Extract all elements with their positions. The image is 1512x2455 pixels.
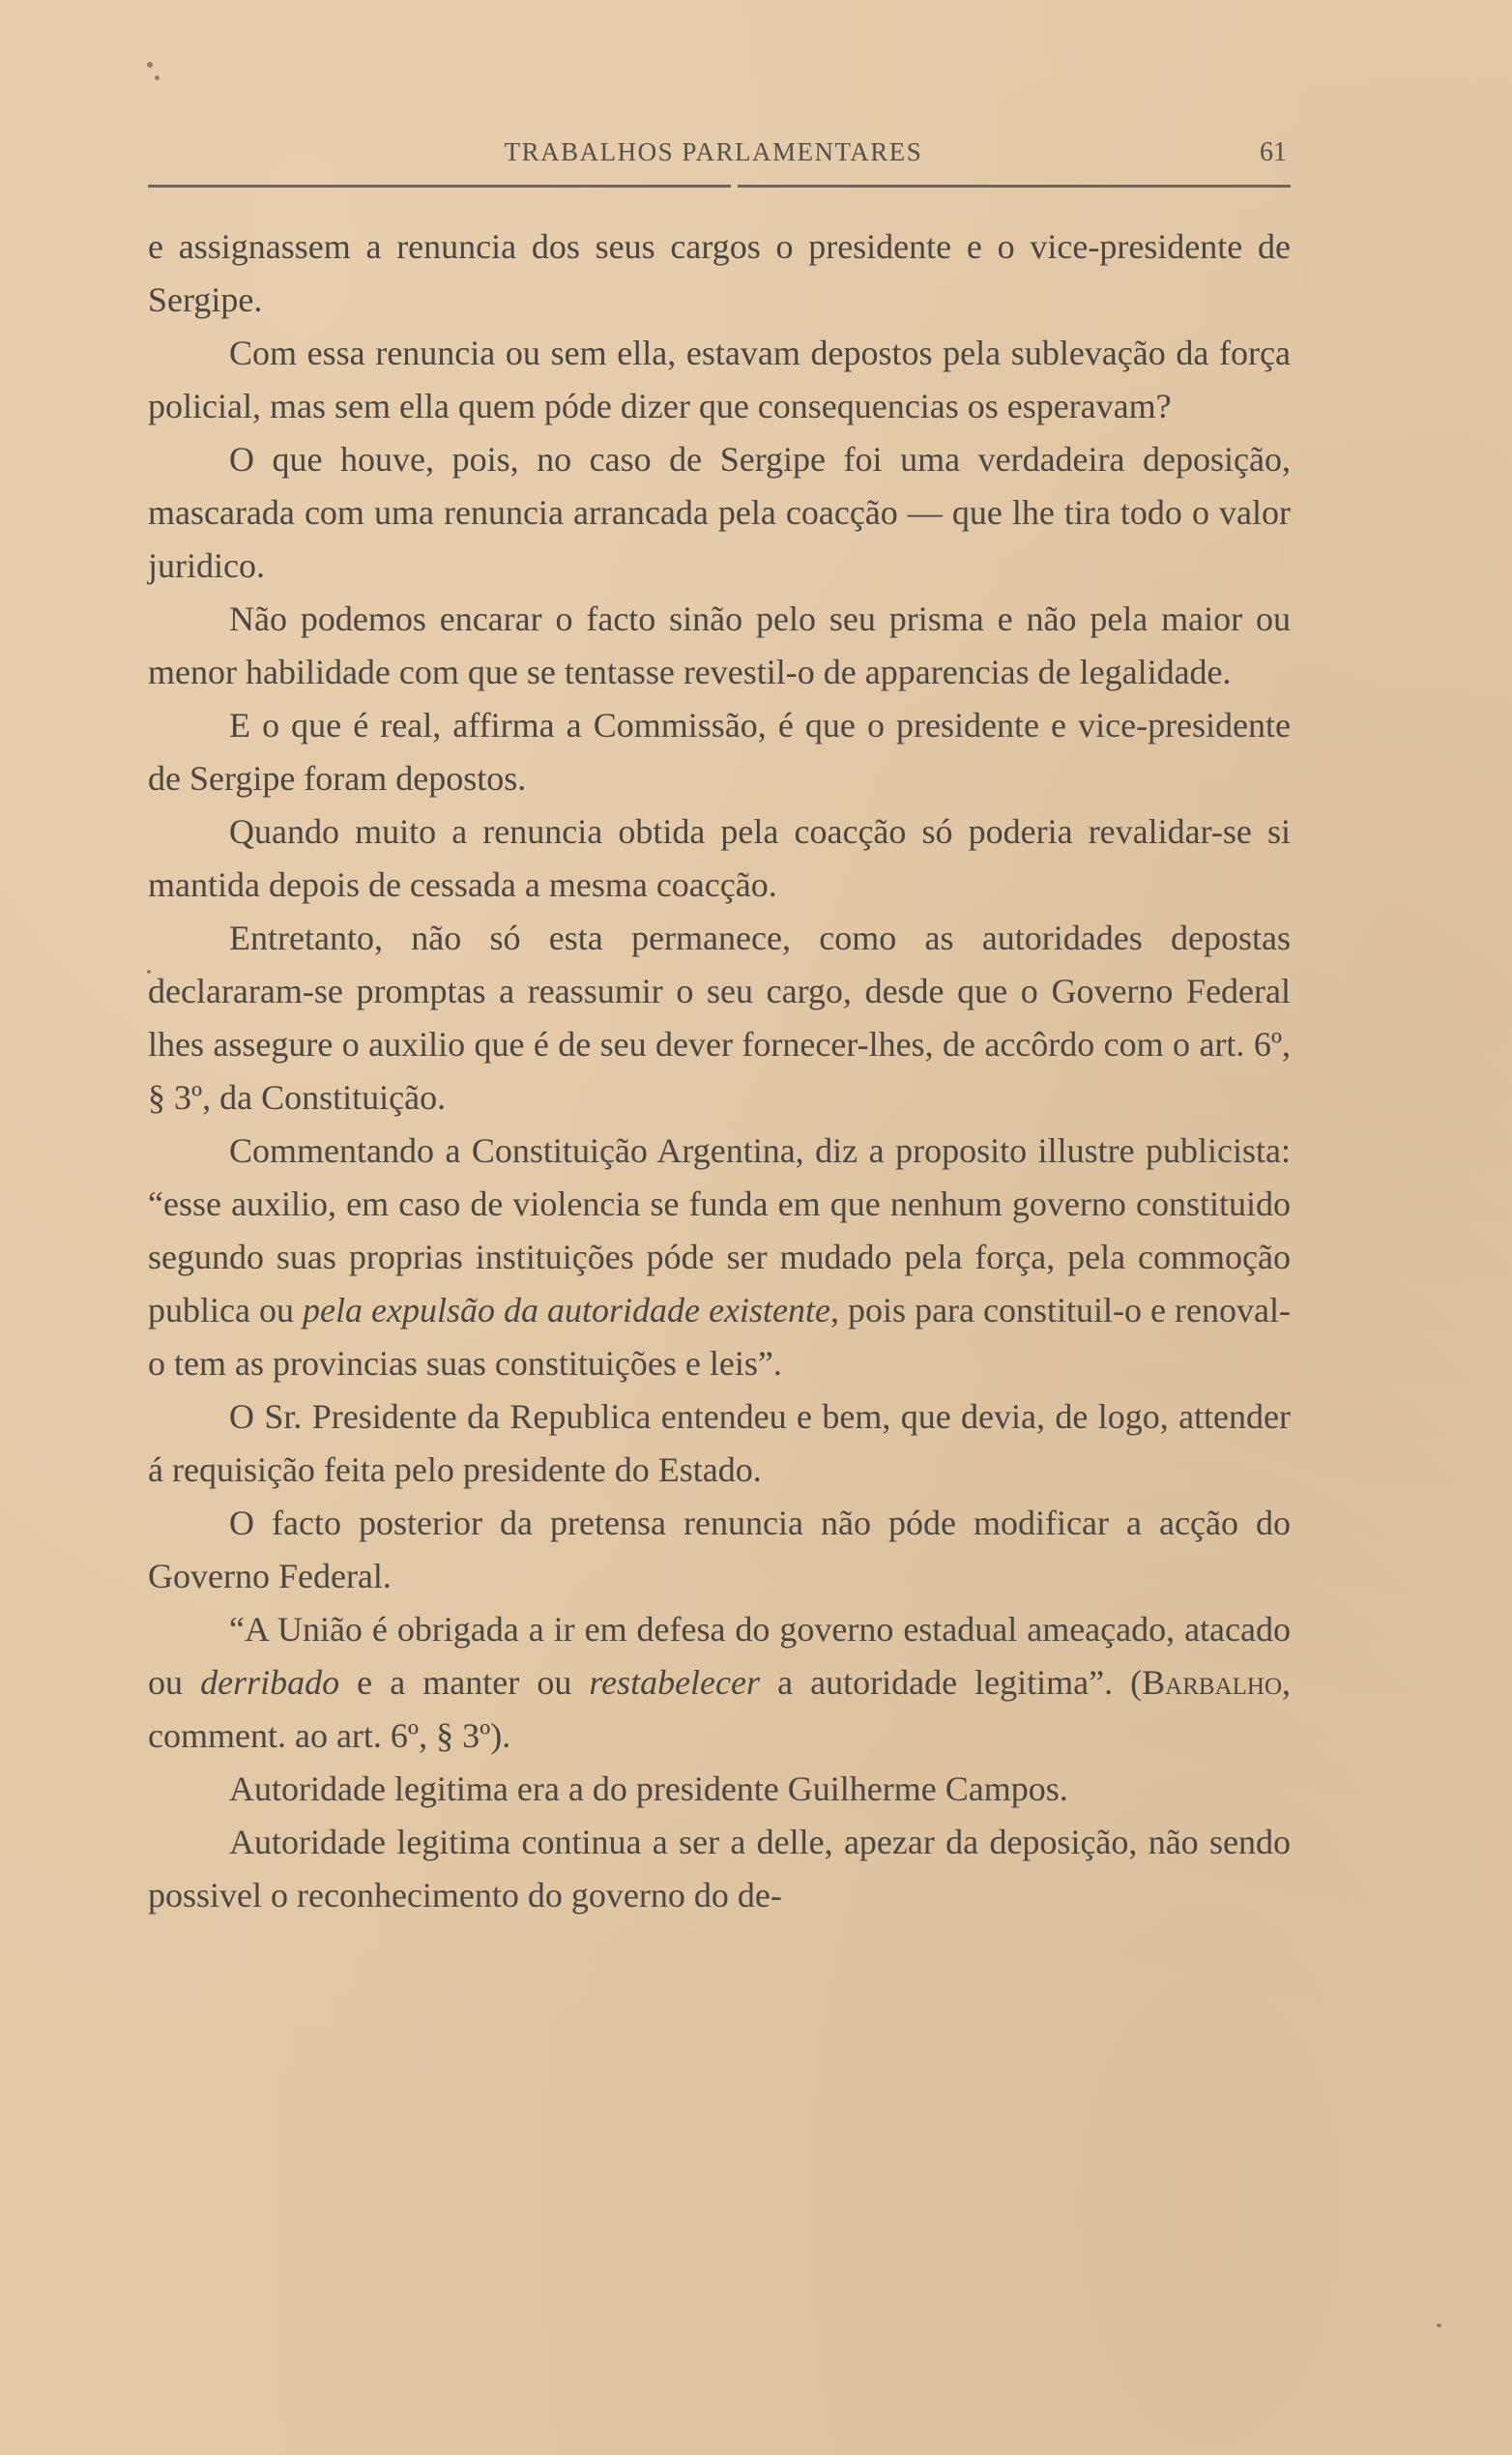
text-segment: e a manter ou bbox=[339, 1663, 589, 1702]
header-rule-right bbox=[738, 185, 1291, 188]
paragraph: Entretanto, não só esta permanece, como … bbox=[148, 912, 1291, 1125]
ink-speck bbox=[1437, 2323, 1441, 2327]
header-rule-left bbox=[148, 185, 731, 188]
paragraph: O facto posterior da pretensa renuncia n… bbox=[148, 1497, 1291, 1603]
paragraph: Não podemos encarar o facto sinão pelo s… bbox=[148, 593, 1291, 699]
text-segment: a autoridade legitima”. ( bbox=[760, 1663, 1142, 1702]
running-title: TRABALHOS PARLAMENTARES bbox=[148, 137, 1291, 167]
paragraph: O Sr. Presidente da Republica entendeu e… bbox=[148, 1390, 1291, 1497]
paragraph: Quando muito a renuncia obtida pela coac… bbox=[148, 805, 1291, 912]
italic-segment: restabelecer bbox=[589, 1663, 760, 1702]
paragraph: Autoridade legitima continua a ser a del… bbox=[148, 1816, 1291, 1922]
paragraph: O que houve, pois, no caso de Sergipe fo… bbox=[148, 433, 1291, 593]
paragraph: E o que é real, affirma a Commissão, é q… bbox=[148, 699, 1291, 805]
ink-speck bbox=[147, 62, 153, 68]
paragraph: Autoridade legitima era a do presidente … bbox=[148, 1763, 1291, 1816]
paragraph-quote-barbalho: “A União é obrigada a ir em defesa do go… bbox=[148, 1603, 1291, 1763]
paragraph: Com essa renuncia ou sem ella, estavam d… bbox=[148, 327, 1291, 433]
paragraph: e assignassem a renuncia dos seus cargos… bbox=[148, 220, 1291, 327]
ink-speck bbox=[155, 75, 160, 80]
italic-segment: derribado bbox=[200, 1663, 339, 1702]
italic-segment: pela expulsão da autoridade existente bbox=[303, 1291, 830, 1330]
running-head: TRABALHOS PARLAMENTARES 61 bbox=[148, 137, 1291, 176]
paragraph-quote-argentina: Commentando a Constituição Argentina, di… bbox=[148, 1125, 1291, 1390]
body-text: e assignassem a renuncia dos seus cargos… bbox=[148, 220, 1291, 1922]
author-name: Barbalho bbox=[1142, 1663, 1282, 1702]
page-number: 61 bbox=[1260, 137, 1287, 168]
